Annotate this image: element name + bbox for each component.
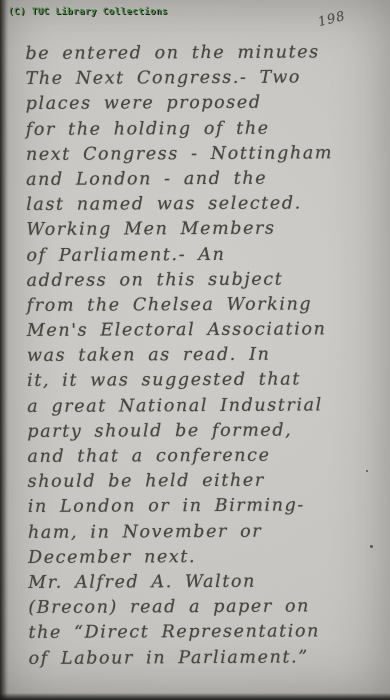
handwritten-line: it, it was suggested that bbox=[27, 368, 384, 395]
handwritten-line: places were proposed bbox=[26, 90, 383, 117]
page-edge-shadow-left bbox=[0, 0, 9, 700]
handwritten-line: was taken as read. In bbox=[27, 342, 384, 369]
handwritten-line: of Labour in Parliament.” bbox=[29, 645, 386, 672]
handwritten-text: be entered on the minutesThe Next Congre… bbox=[25, 40, 385, 672]
handwritten-line: of Parliament.- An bbox=[26, 242, 383, 269]
copyright-watermark: (C) TUC Library Collections bbox=[8, 7, 168, 17]
page-number: 198 bbox=[317, 9, 348, 30]
handwritten-line: and London - and the bbox=[26, 166, 383, 193]
handwritten-line: The Next Congress.- Two bbox=[25, 65, 382, 92]
handwritten-line: (Brecon) read a paper on bbox=[28, 594, 385, 621]
page-edge-shadow-bottom bbox=[0, 693, 390, 700]
handwritten-line: address on this subject bbox=[27, 267, 384, 294]
handwritten-line: party should be formed, bbox=[27, 418, 384, 445]
handwritten-line: and that a conference bbox=[27, 443, 384, 470]
handwritten-line: Men's Electoral Association bbox=[27, 317, 384, 344]
handwritten-line: December next. bbox=[28, 544, 385, 571]
handwritten-line: be entered on the minutes bbox=[25, 40, 382, 67]
handwritten-line: last named was selected. bbox=[26, 191, 383, 218]
handwritten-line: should be held either bbox=[28, 468, 385, 495]
handwritten-line: Working Men Members bbox=[26, 216, 383, 243]
handwritten-line: the “Direct Representation bbox=[28, 619, 385, 646]
handwritten-line: a great National Industrial bbox=[27, 393, 384, 420]
manuscript-page: (C) TUC Library Collections 198 be enter… bbox=[0, 0, 390, 700]
handwritten-line: for the holding of the bbox=[26, 116, 383, 143]
handwritten-line: from the Chelsea Working bbox=[27, 292, 384, 319]
handwritten-line: in London or in Birming- bbox=[28, 493, 385, 520]
handwritten-line: next Congress - Nottingham bbox=[26, 141, 383, 168]
ink-speck bbox=[366, 470, 368, 472]
handwritten-line: ham, in November or bbox=[28, 519, 385, 546]
handwritten-line: Mr. Alfred A. Walton bbox=[28, 569, 385, 596]
ink-speck bbox=[370, 545, 373, 548]
